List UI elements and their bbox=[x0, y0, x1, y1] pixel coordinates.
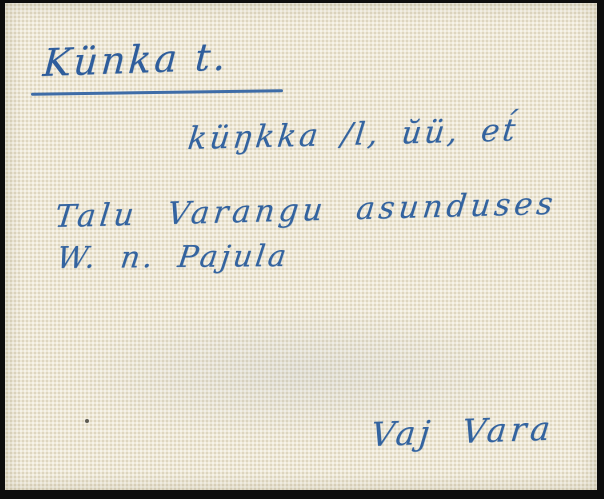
title-underline bbox=[31, 89, 283, 96]
location-line: Talu Varangu asunduses bbox=[53, 186, 559, 235]
card-title: Künka t. bbox=[41, 34, 230, 85]
phonetic-transcription: küŋkka /l, ŭü, et́ bbox=[186, 112, 520, 157]
signature-line: Vaj Vara bbox=[369, 409, 556, 455]
archive-card: Künka t. küŋkka /l, ŭü, et́ Talu Varangu… bbox=[5, 3, 597, 490]
scan-frame: Künka t. küŋkka /l, ŭü, et́ Talu Varangu… bbox=[0, 0, 604, 499]
ink-speck bbox=[85, 419, 89, 423]
collector-line: W. n. Pajula bbox=[55, 239, 291, 276]
